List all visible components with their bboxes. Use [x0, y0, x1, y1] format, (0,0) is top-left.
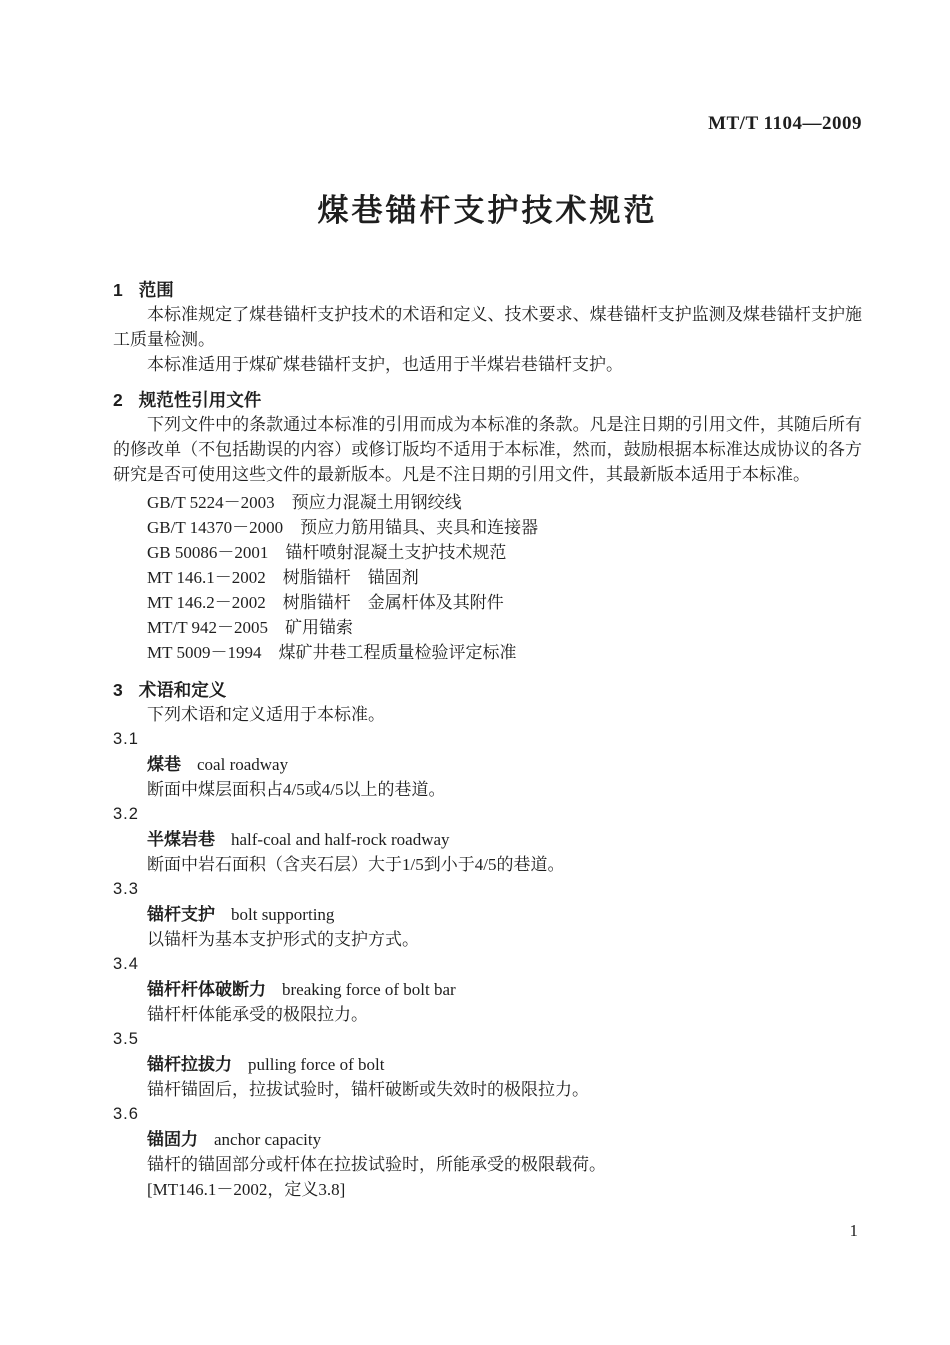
term-entry: 3.1 煤巷coal roadway 断面中煤层面积占4/5或4/5以上的巷道。 — [113, 727, 862, 802]
section-3-heading-text: 术语和定义 — [139, 680, 227, 700]
term-name-en: half-coal and half-rock roadway — [231, 830, 450, 849]
reference-item: GB/T 5224－2003 预应力混凝土用钢绞线 — [113, 490, 862, 515]
section-2-heading-text: 规范性引用文件 — [139, 390, 262, 410]
term-number: 3.1 — [113, 727, 862, 752]
section-3-number: 3 — [113, 678, 123, 702]
term-name-cn: 锚杆拉拔力 — [147, 1055, 232, 1074]
term-title: 锚杆杆体破断力breaking force of bolt bar — [113, 977, 862, 1002]
term-definition: 断面中煤层面积占4/5或4/5以上的巷道。 — [113, 777, 862, 802]
section-1-number: 1 — [113, 278, 123, 302]
reference-item: GB 50086－2001 锚杆喷射混凝土支护技术规范 — [113, 540, 862, 565]
section-1-heading-text: 范围 — [139, 280, 174, 300]
term-definition: 锚杆的锚固部分或杆体在拉拔试验时，所能承受的极限载荷。 — [113, 1152, 862, 1177]
doc-number: MT/T 1104—2009 — [113, 112, 862, 136]
reference-item: GB/T 14370－2000 预应力筋用锚具、夹具和连接器 — [113, 515, 862, 540]
reference-list: GB/T 5224－2003 预应力混凝土用钢绞线 GB/T 14370－200… — [113, 490, 862, 665]
terms-list: 3.1 煤巷coal roadway 断面中煤层面积占4/5或4/5以上的巷道。… — [113, 727, 862, 1202]
term-name-cn: 锚杆支护 — [147, 905, 215, 924]
term-source-note: [MT146.1－2002，定义3.8] — [113, 1177, 862, 1202]
term-name-en: coal roadway — [197, 755, 288, 774]
term-name-en: bolt supporting — [231, 905, 334, 924]
term-title: 锚固力anchor capacity — [113, 1127, 862, 1152]
page-title: 煤巷锚杆支护技术规范 — [113, 192, 862, 230]
term-definition: 以锚杆为基本支护形式的支护方式。 — [113, 927, 862, 952]
term-title: 半煤岩巷half-coal and half-rock roadway — [113, 827, 862, 852]
term-definition: 锚杆杆体能承受的极限拉力。 — [113, 1002, 862, 1027]
term-name-cn: 锚杆杆体破断力 — [147, 980, 266, 999]
term-entry: 3.3 锚杆支护bolt supporting 以锚杆为基本支护形式的支护方式。 — [113, 877, 862, 952]
section-1-paragraph-1: 本标准规定了煤巷锚杆支护技术的术语和定义、技术要求、煤巷锚杆支护监测及煤巷锚杆支… — [113, 302, 862, 352]
reference-item: MT/T 942－2005 矿用锚索 — [113, 615, 862, 640]
section-3-intro: 下列术语和定义适用于本标准。 — [113, 702, 862, 727]
section-2-number: 2 — [113, 388, 123, 412]
reference-item: MT 146.2－2002 树脂锚杆 金属杆体及其附件 — [113, 590, 862, 615]
section-2-intro: 下列文件中的条款通过本标准的引用而成为本标准的条款。凡是注日期的引用文件，其随后… — [113, 412, 862, 487]
term-number: 3.4 — [113, 952, 862, 977]
term-entry: 3.2 半煤岩巷half-coal and half-rock roadway … — [113, 802, 862, 877]
term-number: 3.3 — [113, 877, 862, 902]
term-name-cn: 锚固力 — [147, 1130, 198, 1149]
term-entry: 3.4 锚杆杆体破断力breaking force of bolt bar 锚杆… — [113, 952, 862, 1027]
term-name-en: anchor capacity — [214, 1130, 321, 1149]
term-definition: 锚杆锚固后，拉拔试验时，锚杆破断或失效时的极限拉力。 — [113, 1077, 862, 1102]
term-entry: 3.5 锚杆拉拔力pulling force of bolt 锚杆锚固后，拉拔试… — [113, 1027, 862, 1102]
term-title: 锚杆拉拔力pulling force of bolt — [113, 1052, 862, 1077]
term-name-en: breaking force of bolt bar — [282, 980, 456, 999]
reference-item: MT 5009－1994 煤矿井巷工程质量检验评定标准 — [113, 640, 862, 665]
term-name-cn: 煤巷 — [147, 755, 181, 774]
section-1-heading: 1范围 — [113, 278, 862, 302]
term-name-cn: 半煤岩巷 — [147, 830, 215, 849]
term-number: 3.2 — [113, 802, 862, 827]
section-3-heading: 3术语和定义 — [113, 678, 862, 702]
reference-item: MT 146.1－2002 树脂锚杆 锚固剂 — [113, 565, 862, 590]
term-number: 3.6 — [113, 1102, 862, 1127]
document-page: MT/T 1104—2009 煤巷锚杆支护技术规范 1范围 本标准规定了煤巷锚杆… — [0, 0, 950, 1345]
section-2-heading: 2规范性引用文件 — [113, 388, 862, 412]
term-number: 3.5 — [113, 1027, 862, 1052]
term-name-en: pulling force of bolt — [248, 1055, 384, 1074]
term-title: 锚杆支护bolt supporting — [113, 902, 862, 927]
page-content: MT/T 1104—2009 煤巷锚杆支护技术规范 1范围 本标准规定了煤巷锚杆… — [113, 0, 862, 1243]
term-entry: 3.6 锚固力anchor capacity 锚杆的锚固部分或杆体在拉拔试验时，… — [113, 1102, 862, 1202]
term-title: 煤巷coal roadway — [113, 752, 862, 777]
section-1-paragraph-2: 本标准适用于煤矿煤巷锚杆支护，也适用于半煤岩巷锚杆支护。 — [113, 352, 862, 377]
term-definition: 断面中岩石面积（含夹石层）大于1/5到小于4/5的巷道。 — [113, 852, 862, 877]
page-number: 1 — [113, 1218, 862, 1243]
